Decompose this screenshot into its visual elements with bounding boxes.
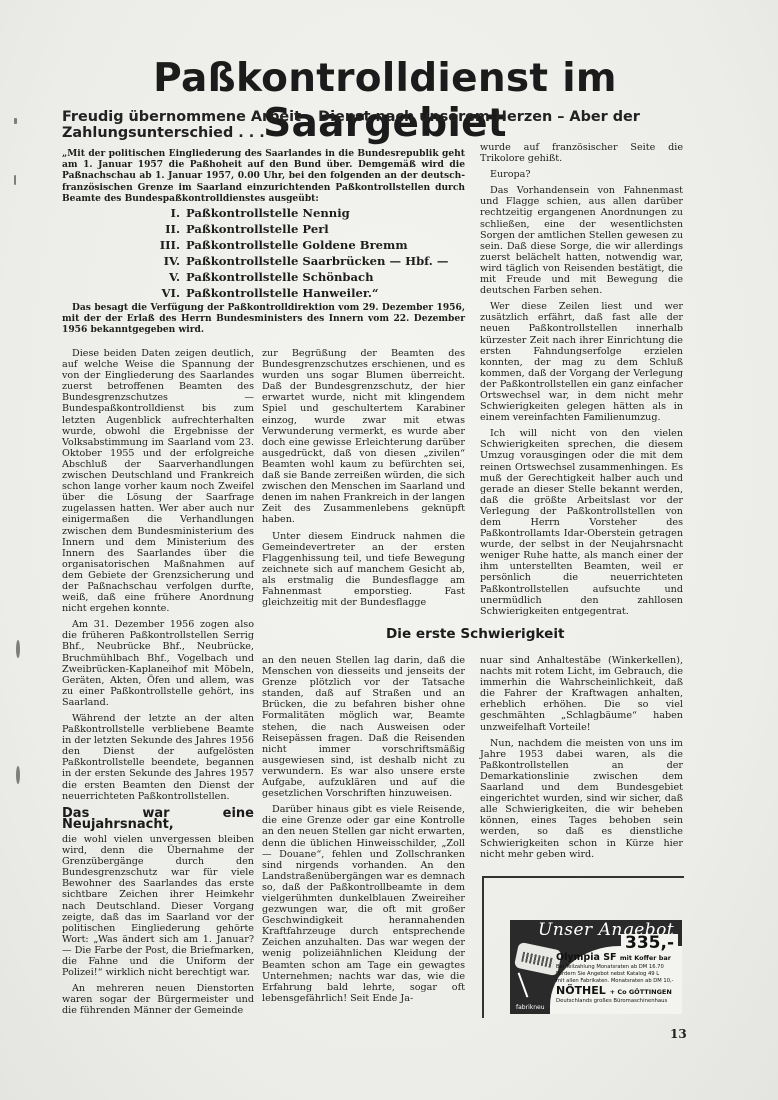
ad-text: Olympia SF mit Koffer bar Bei Teilzahlun… (556, 952, 680, 1005)
list-text: Paßkontrollstelle Saarbrücken — Hbf. — (186, 253, 448, 269)
list-number: I. (62, 205, 186, 221)
list-number: IV. (62, 253, 186, 269)
list-number: II. (62, 221, 186, 237)
paragraph: Darüber hinaus gibt es viele Reisende, d… (262, 804, 465, 1004)
ad-price: 335,- (621, 934, 678, 952)
paragraph: Das Vorhandensein von Fahnenmast und Fla… (480, 185, 683, 296)
paragraph: zur Begrüßung der Beamten des Bundesgren… (262, 348, 465, 526)
column-3: wurde auf französischer Seite die Trikol… (480, 142, 683, 622)
column-2-lower: an den neuen Stellen lag darin, daß die … (262, 655, 465, 1009)
paragraph: an den neuen Stellen lag darin, daß die … (262, 655, 465, 799)
list-item: VI.Paßkontrollstelle Hanweiler.“ (62, 285, 465, 301)
advertisement: Unser Angebot 335,- fabrikneu Olympia SF… (510, 920, 682, 1014)
section-heading: Die erste Schwierigkeit (386, 626, 564, 642)
list-item: V.Paßkontrollstelle Schönbach (62, 269, 465, 285)
paragraph: Am 31. Dezember 1956 zogen also die früh… (62, 619, 254, 708)
paragraph: Unter diesem Eindruck nahmen die Gemeind… (262, 531, 465, 609)
ad-stamp: fabrikneu (516, 1004, 545, 1011)
column-1: Diese beiden Daten zeigen deutlich, auf … (62, 348, 254, 1021)
lead-paragraph: „Mit der politischen Eingliederung des S… (62, 148, 465, 204)
magazine-page: Paßkontrolldienst im Saargebiet Freudig … (0, 0, 778, 1100)
column-2: zur Begrüßung der Beamten des Bundesgren… (262, 348, 465, 613)
list-text: Paßkontrollstelle Schönbach (186, 269, 374, 285)
ad-brand: NÖTHEL + Co GÖTTINGEN (556, 985, 680, 998)
paragraph: Ich will nicht von den vielen Schwierigk… (480, 428, 683, 617)
binding-hole (16, 640, 20, 658)
page-number: 13 (670, 1027, 687, 1041)
list-text: Paßkontrollstelle Hanweiler.“ (186, 285, 379, 301)
paragraph: die wohl vielen unvergessen bleiben wird… (62, 834, 254, 978)
arrow-icon (518, 972, 529, 997)
paragraph: An mehreren neuen Dienstorten waren soga… (62, 983, 254, 1016)
ad-line: Fordern Sie Angebot nebst Katalog 49 L (556, 971, 680, 978)
paragraph: Europa? (480, 169, 683, 180)
margin-mark (14, 118, 17, 124)
list-text: Paßkontrollstelle Perl (186, 221, 329, 237)
typewriter-icon (514, 942, 562, 977)
list-item: II.Paßkontrollstelle Perl (62, 221, 465, 237)
binding-hole (16, 766, 20, 784)
ad-model: Olympia SF mit Koffer bar (556, 952, 680, 964)
decree-paragraph: Das besagt die Verfügung der Paßkontroll… (62, 302, 465, 336)
list-number: VI. (62, 285, 186, 301)
station-list: I.Paßkontrollstelle Nennig II.Paßkontrol… (62, 205, 465, 301)
ad-tagline: Deutschlands großes Büromaschinenhaus (556, 998, 680, 1005)
list-item: III.Paßkontrollstelle Goldene Bremm (62, 237, 465, 253)
page-subtitle: Freudig übernommene Arbeit – Dienst nach… (60, 109, 742, 141)
section-heading: Das war eine Neujahrsnacht, (62, 808, 254, 830)
list-number: V. (62, 269, 186, 285)
margin-mark (14, 175, 16, 185)
paragraph: Während der letzte an der alten Paßkontr… (62, 713, 254, 802)
list-text: Paßkontrollstelle Nennig (186, 205, 350, 221)
ad-model-name: Olympia SF (556, 952, 617, 963)
paragraph: nuar sind Anhaltestäbe (Winkerkellen), n… (480, 655, 683, 733)
ad-brand-suffix: + Co GÖTTINGEN (610, 988, 672, 996)
ad-model-suffix: mit Koffer bar (620, 954, 671, 962)
list-text: Paßkontrollstelle Goldene Bremm (186, 237, 408, 253)
column-3-lower: nuar sind Anhaltestäbe (Winkerkellen), n… (480, 655, 683, 865)
paragraph: Diese beiden Daten zeigen deutlich, auf … (62, 348, 254, 614)
ad-line: Bei Teilzahlung Monatsraten ab DM 16.70 (556, 964, 680, 971)
list-item: I.Paßkontrollstelle Nennig (62, 205, 465, 221)
paragraph: wurde auf französischer Seite die Trikol… (480, 142, 683, 164)
list-item: IV.Paßkontrollstelle Saarbrücken — Hbf. … (62, 253, 465, 269)
list-number: III. (62, 237, 186, 253)
paragraph: Nun, nachdem die meisten von uns im Jahr… (480, 738, 683, 860)
paragraph: Wer diese Zeilen liest und wer zusätzlic… (480, 301, 683, 423)
ad-brand-name: NÖTHEL (556, 984, 606, 997)
